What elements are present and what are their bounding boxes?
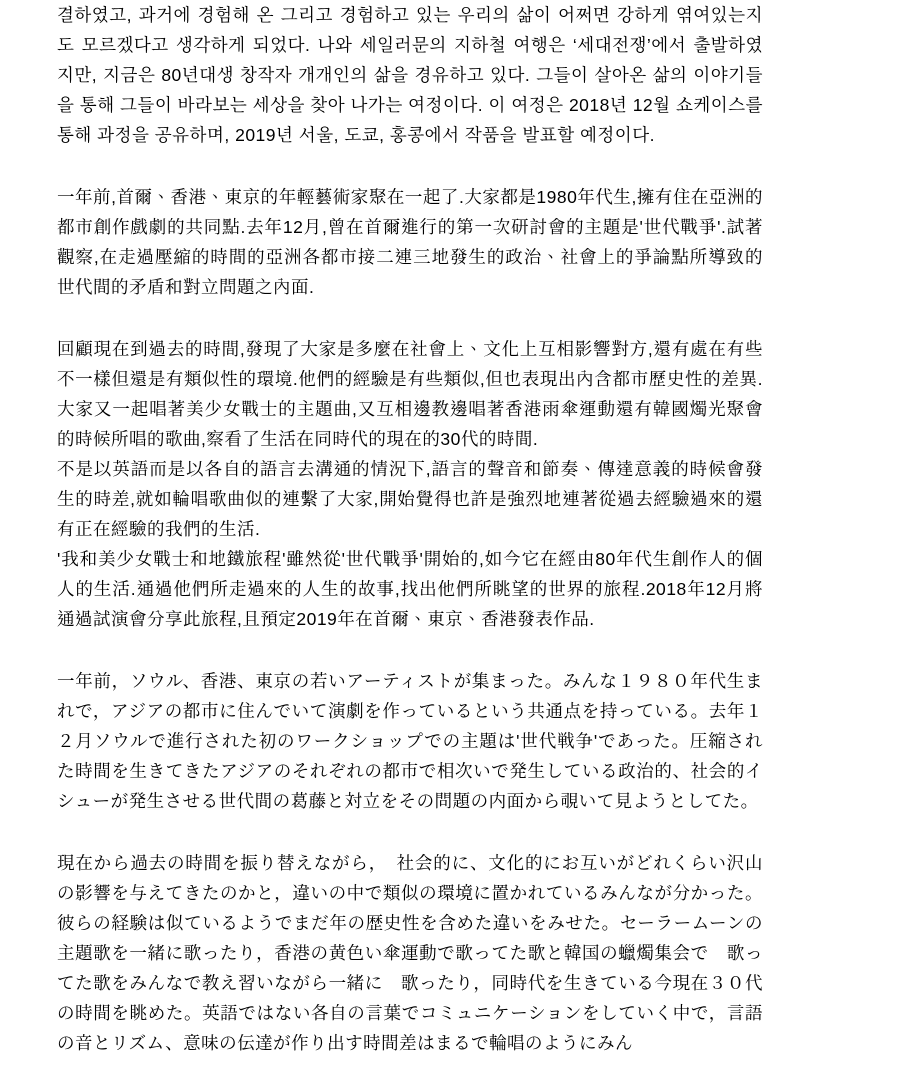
paragraph-japanese-intro: 一年前，ソウル、香港、東京の若いアーティストが集まった。みんな１９８０年代生まれ… — [57, 666, 763, 816]
paragraph-chinese-intro: 一年前,首爾、香港、東京的年輕藝術家聚在一起了.大家都是1980年代生,擁有住在… — [57, 182, 763, 302]
paragraph-korean-intro: 결하였고, 과거에 경험해 온 그리고 경험하고 있는 우리의 삶이 어쩌면 강… — [57, 0, 763, 150]
paragraph-chinese-body-3: '我和美少女戰士和地鐵旅程'雖然從'世代戰爭'開始的,如今它在經由80年代生創作… — [57, 544, 763, 634]
document-page: 결하였고, 과거에 경험해 온 그리고 경험하고 있는 우리의 삶이 어쩌면 강… — [0, 0, 905, 1081]
paragraph-chinese-body-2: 不是以英語而是以各自的語言去溝通的情況下,語言的聲音和節奏、傳達意義的時候會發生… — [57, 454, 763, 544]
document-text-body: 결하였고, 과거에 경험해 온 그리고 경험하고 있는 우리의 삶이 어쩌면 강… — [57, 0, 763, 1058]
paragraph-japanese-body: 現在から過去の時間を振り替えながら， 社会的に、文化的にお互いがどれくらい沢山の… — [57, 848, 763, 1058]
paragraph-chinese-body-1: 回顧現在到過去的時間,發現了大家是多麼在社會上、文化上互相影響對方,還有處在有些… — [57, 334, 763, 454]
